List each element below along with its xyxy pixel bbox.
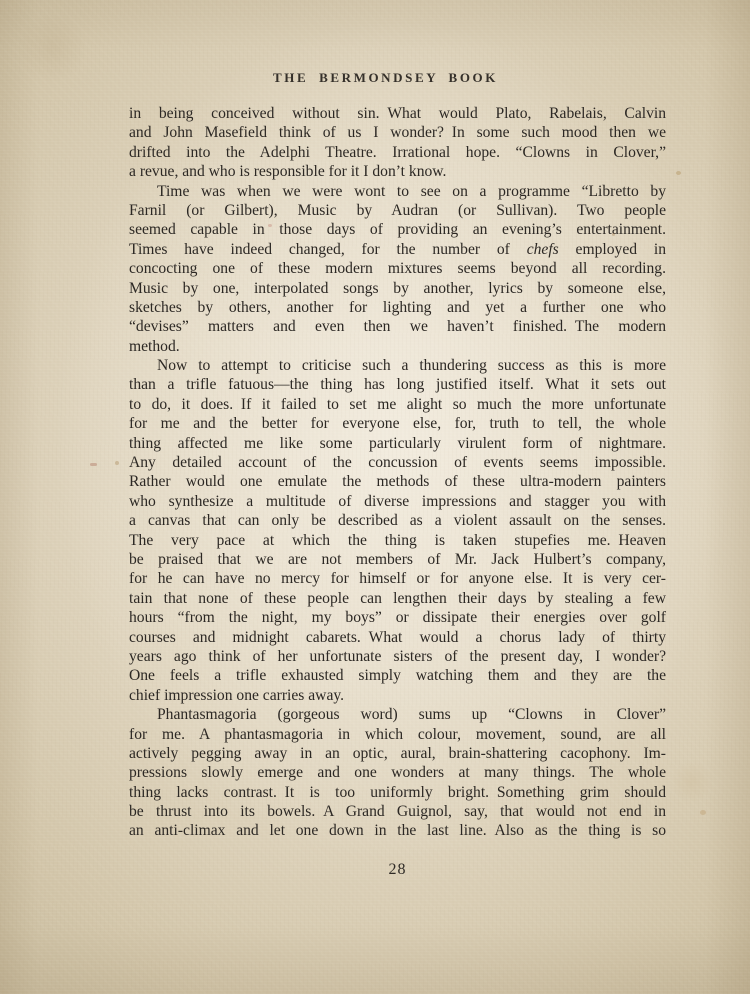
text-line: Now to attempt to criticise such a thund… (129, 356, 666, 375)
text-line: Time was when we were wont to see on a p… (129, 182, 666, 201)
text-line: tain that none of these people can lengt… (129, 589, 666, 608)
text-line: Music by one, interpolated songs by anot… (129, 279, 666, 298)
text-line: “devises” matters and even then we haven… (129, 317, 666, 336)
text-segment: employed in (559, 241, 666, 258)
text-line: for he can have no mercy for himself or … (129, 569, 666, 588)
text-line: be praised that we are not members of Mr… (129, 550, 666, 569)
text-line: thing lacks contrast. It is too uniforml… (129, 783, 666, 802)
text-line: for me and the better for everyone else,… (129, 414, 666, 433)
text-line: Any detailed account of the concussion o… (129, 453, 666, 472)
text-line: drifted into the Adelphi Theatre. Irrati… (129, 143, 666, 162)
text-line: hours “from the night, my boys” or dissi… (129, 608, 666, 627)
page-number-text: 28 (389, 861, 407, 878)
text-line: a canvas that can only be described as a… (129, 511, 666, 530)
text-line: a revue, and who is responsible for it I… (129, 162, 666, 181)
text-line: to do, it does. If it failed to set me a… (129, 395, 666, 414)
running-header: THE BERMONDSEY BOOK (117, 70, 654, 86)
paper-speck (115, 461, 119, 465)
text-line: sketches by others, another for lighting… (129, 298, 666, 317)
text-line: seemed capable in those days of providin… (129, 220, 666, 239)
text-line: and John Masefield think of us I wonder?… (129, 123, 666, 142)
text-line: concocting one of these modern mixtures … (129, 259, 666, 278)
text-line: Times have indeed changed, for the numbe… (129, 240, 666, 259)
paper-speck (676, 171, 681, 175)
text-line: thing affected me like some particularly… (129, 434, 666, 453)
page-number: 28 (129, 861, 666, 879)
italic-word: chefs (527, 241, 559, 258)
text-line: years ago think of her unfortunate siste… (129, 647, 666, 666)
page-body: in being conceived without sin. What wou… (129, 104, 666, 841)
text-line: pressions slowly emerge and one wonders … (129, 763, 666, 782)
paragraph-3: Now to attempt to criticise such a thund… (129, 356, 666, 705)
text-line: be thrust into its bowels. A Grand Guign… (129, 802, 666, 821)
text-line: Rather would one emulate the methods of … (129, 472, 666, 491)
paragraph-4: Phantasmagoria (gorgeous word) sums up “… (129, 705, 666, 841)
paragraph-1: in being conceived without sin. What wou… (129, 104, 666, 182)
text-line: who synthesize a multitude of diverse im… (129, 492, 666, 511)
text-line: Phantasmagoria (gorgeous word) sums up “… (129, 705, 666, 724)
paragraph-2: Time was when we were wont to see on a p… (129, 182, 666, 357)
paper-speck (90, 463, 97, 466)
text-line: than a trifle fatuous—the thing has long… (129, 375, 666, 394)
text-line: The very pace at which the thing is take… (129, 531, 666, 550)
text-line: courses and midnight cabarets. What woul… (129, 628, 666, 647)
scanned-book-page: THE BERMONDSEY BOOK in being conceived w… (0, 0, 750, 994)
text-line: for me. A phantasmagoria in which colour… (129, 725, 666, 744)
text-line: method. (129, 337, 666, 356)
text-line: Farnil (or Gilbert), Music by Audran (or… (129, 201, 666, 220)
text-line: in being conceived without sin. What wou… (129, 104, 666, 123)
text-line: an anti-climax and let one down in the l… (129, 821, 666, 840)
text-line: One feels a trifle exhausted simply watc… (129, 666, 666, 685)
paper-speck (700, 810, 706, 815)
running-header-text: THE BERMONDSEY BOOK (273, 70, 498, 85)
text-line: chief impression one carries away. (129, 686, 666, 705)
text-line: actively pegging away in an optic, aural… (129, 744, 666, 763)
text-segment: Times have indeed changed, for the numbe… (129, 241, 527, 258)
